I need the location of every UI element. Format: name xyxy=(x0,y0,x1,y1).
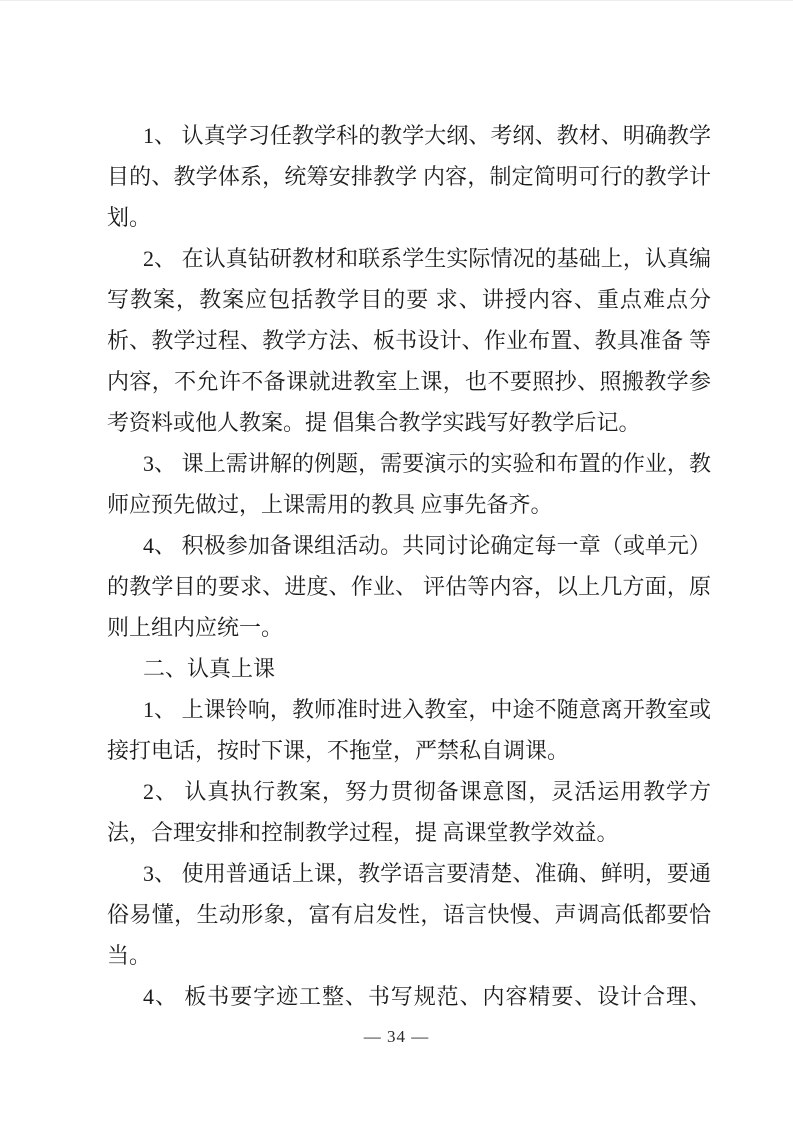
paragraph-item-2: 2、 在认真钻研教材和联系学生实际情况的基础上，认真编写教案，教案应包括教学目的… xyxy=(107,238,711,443)
paragraph-item-1: 1、 认真学习任教学科的教学大纲、考纲、教材、明确教学目的、教学体系，统筹安排教… xyxy=(107,115,711,238)
document-page: 1、 认真学习任教学科的教学大纲、考纲、教材、明确教学目的、教学体系，统筹安排教… xyxy=(0,0,793,1122)
paragraph-item-3: 3、 课上需讲解的例题，需要演示的实验和布置的作业，教师应预先做过，上课需用的教… xyxy=(107,443,711,525)
section-heading-2: 二、认真上课 xyxy=(107,648,711,689)
paragraph-item-8-truncated: 4、 板书要字迹工整、书写规范、内容精要、设计合理、 xyxy=(107,976,711,1017)
paragraph-item-5: 1、 上课铃响，教师准时进入教室，中途不随意离开教室或接打电话，按时下课，不拖堂… xyxy=(107,689,711,771)
document-body-text: 1、 认真学习任教学科的教学大纲、考纲、教材、明确教学目的、教学体系，统筹安排教… xyxy=(107,115,711,1017)
paragraph-item-7: 3、 使用普通话上课，教学语言要清楚、准确、鲜明，要通俗易懂，生动形象，富有启发… xyxy=(107,853,711,976)
paragraph-item-4: 4、 积极参加备课组活动。共同讨论确定每一章（或单元）的教学目的要求、进度、作业… xyxy=(107,525,711,648)
paragraph-item-6: 2、 认真执行教案，努力贯彻备课意图，灵活运用教学方法，合理安排和控制教学过程，… xyxy=(107,771,711,853)
page-number: — 34 — xyxy=(0,1025,793,1049)
